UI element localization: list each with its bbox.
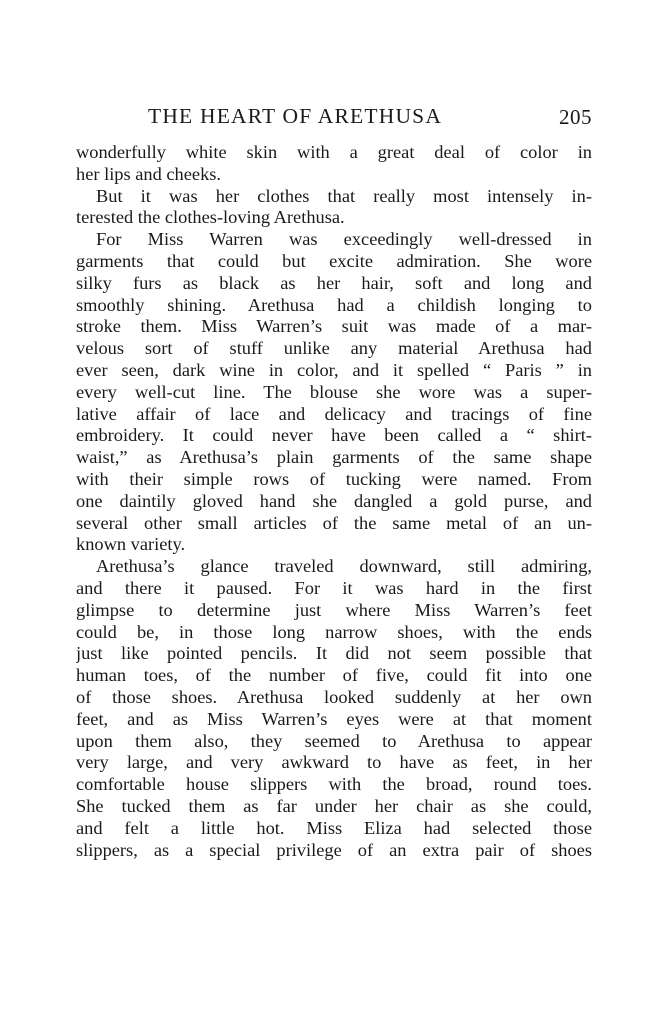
- book-page: THE HEART OF ARETHUSA 205 wonderfully wh…: [0, 0, 664, 1033]
- text-line: wonderfully white skin with a great deal…: [76, 142, 592, 164]
- text-line: one daintily gloved hand she dangled a g…: [76, 491, 592, 513]
- text-line: garments that could but excite admiratio…: [76, 251, 592, 273]
- text-line: upon them also, they seemed to Arethusa …: [76, 731, 592, 753]
- text-line: stroke them. Miss Warren’s suit was made…: [76, 316, 592, 338]
- paragraph-start-line: Arethusa’s glance traveled downward, sti…: [76, 556, 592, 578]
- text-line: and there it paused. For it was hard in …: [76, 578, 592, 600]
- text-line: several other small articles of the same…: [76, 513, 592, 535]
- text-line: silky furs as black as her hair, soft an…: [76, 273, 592, 295]
- running-head: THE HEART OF ARETHUSA 205: [76, 104, 592, 130]
- text-line: could be, in those long narrow shoes, wi…: [76, 622, 592, 644]
- text-line: She tucked them as far under her chair a…: [76, 796, 592, 818]
- text-line: waist,” as Arethusa’s plain garments of …: [76, 447, 592, 469]
- text-line: her lips and cheeks.: [76, 164, 592, 186]
- text-line: ever seen, dark wine in color, and it sp…: [76, 360, 592, 382]
- text-line: terested the clothes-loving Arethusa.: [76, 207, 592, 229]
- text-line: lative affair of lace and delicacy and t…: [76, 404, 592, 426]
- text-line: known variety.: [76, 534, 592, 556]
- text-line: and felt a little hot. Miss Eliza had se…: [76, 818, 592, 840]
- paragraph-start-line: For Miss Warren was exceedingly well-dre…: [76, 229, 592, 251]
- text-line: of those shoes. Arethusa looked suddenly…: [76, 687, 592, 709]
- text-line: human toes, of the number of five, could…: [76, 665, 592, 687]
- text-line: feet, and as Miss Warren’s eyes were at …: [76, 709, 592, 731]
- paragraph-start-line: But it was her clothes that really most …: [76, 186, 592, 208]
- page-number: 205: [559, 105, 592, 130]
- text-line: every well-cut line. The blouse she wore…: [76, 382, 592, 404]
- text-line: velous sort of stuff unlike any material…: [76, 338, 592, 360]
- text-line: just like pointed pencils. It did not se…: [76, 643, 592, 665]
- text-line: with their simple rows of tucking were n…: [76, 469, 592, 491]
- text-line: glimpse to determine just where Miss War…: [76, 600, 592, 622]
- text-line: very large, and very awkward to have as …: [76, 752, 592, 774]
- text-line: smoothly shining. Arethusa had a childis…: [76, 295, 592, 317]
- text-line: embroidery. It could never have been cal…: [76, 425, 592, 447]
- running-title: THE HEART OF ARETHUSA: [148, 104, 442, 129]
- text-line: slippers, as a special privilege of an e…: [76, 840, 592, 862]
- text-line: comfortable house slippers with the broa…: [76, 774, 592, 796]
- body-text: wonderfully white skin with a great deal…: [76, 142, 592, 861]
